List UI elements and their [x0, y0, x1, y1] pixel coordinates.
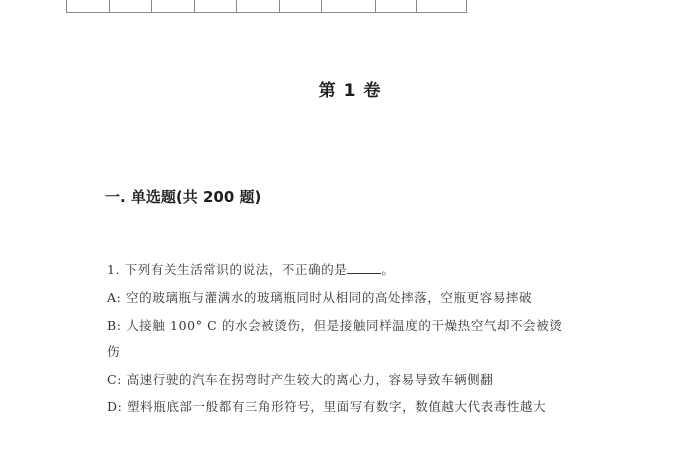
option-text: 空的玻璃瓶与灌满水的玻璃瓶同时从相同的高处摔落，空瓶更容易摔破	[126, 290, 532, 305]
option-label: C:	[107, 372, 122, 387]
option-a: A: 空的玻璃瓶与灌满水的玻璃瓶同时从相同的高处摔落，空瓶更容易摔破	[107, 288, 532, 306]
option-text: 塑料瓶底部一般都有三角形符号，里面写有数字，数值越大代表毒性越大	[127, 399, 546, 414]
section-title: 一. 单选题(共 200 题)	[105, 186, 261, 207]
option-label: D:	[107, 399, 122, 414]
score-table-row	[67, 0, 467, 13]
score-cell	[280, 0, 322, 13]
score-table	[66, 0, 467, 13]
score-cell	[110, 0, 152, 13]
score-cell	[195, 0, 237, 13]
option-label: A:	[107, 290, 121, 305]
option-label: B:	[107, 318, 122, 333]
score-cell	[237, 0, 280, 13]
option-text: 高速行驶的汽车在拐弯时产生较大的离心力，容易导致车辆侧翻	[127, 372, 494, 387]
question-stem: 1. 下列有关生活常识的说法，不正确的是。	[107, 260, 395, 278]
option-text: 人接触 100° C 的水会被烫伤，但是接触同样温度的干燥热空气却不会被烫	[126, 318, 562, 333]
answer-blank	[347, 262, 381, 274]
score-cell	[376, 0, 417, 13]
score-cell	[322, 0, 376, 13]
option-b: B: 人接触 100° C 的水会被烫伤，但是接触同样温度的干燥热空气却不会被烫	[107, 316, 562, 334]
volume-title: 第 1 卷	[0, 76, 700, 101]
question-stem-text: 1. 下列有关生活常识的说法，不正确的是	[107, 262, 347, 277]
score-cell	[417, 0, 467, 13]
score-cell	[152, 0, 195, 13]
option-d: D: 塑料瓶底部一般都有三角形符号，里面写有数字，数值越大代表毒性越大	[107, 397, 546, 415]
score-cell	[67, 0, 110, 13]
question-stem-end: 。	[381, 262, 394, 277]
option-b-continuation: 伤	[107, 342, 120, 360]
option-c: C: 高速行驶的汽车在拐弯时产生较大的离心力，容易导致车辆侧翻	[107, 370, 493, 388]
